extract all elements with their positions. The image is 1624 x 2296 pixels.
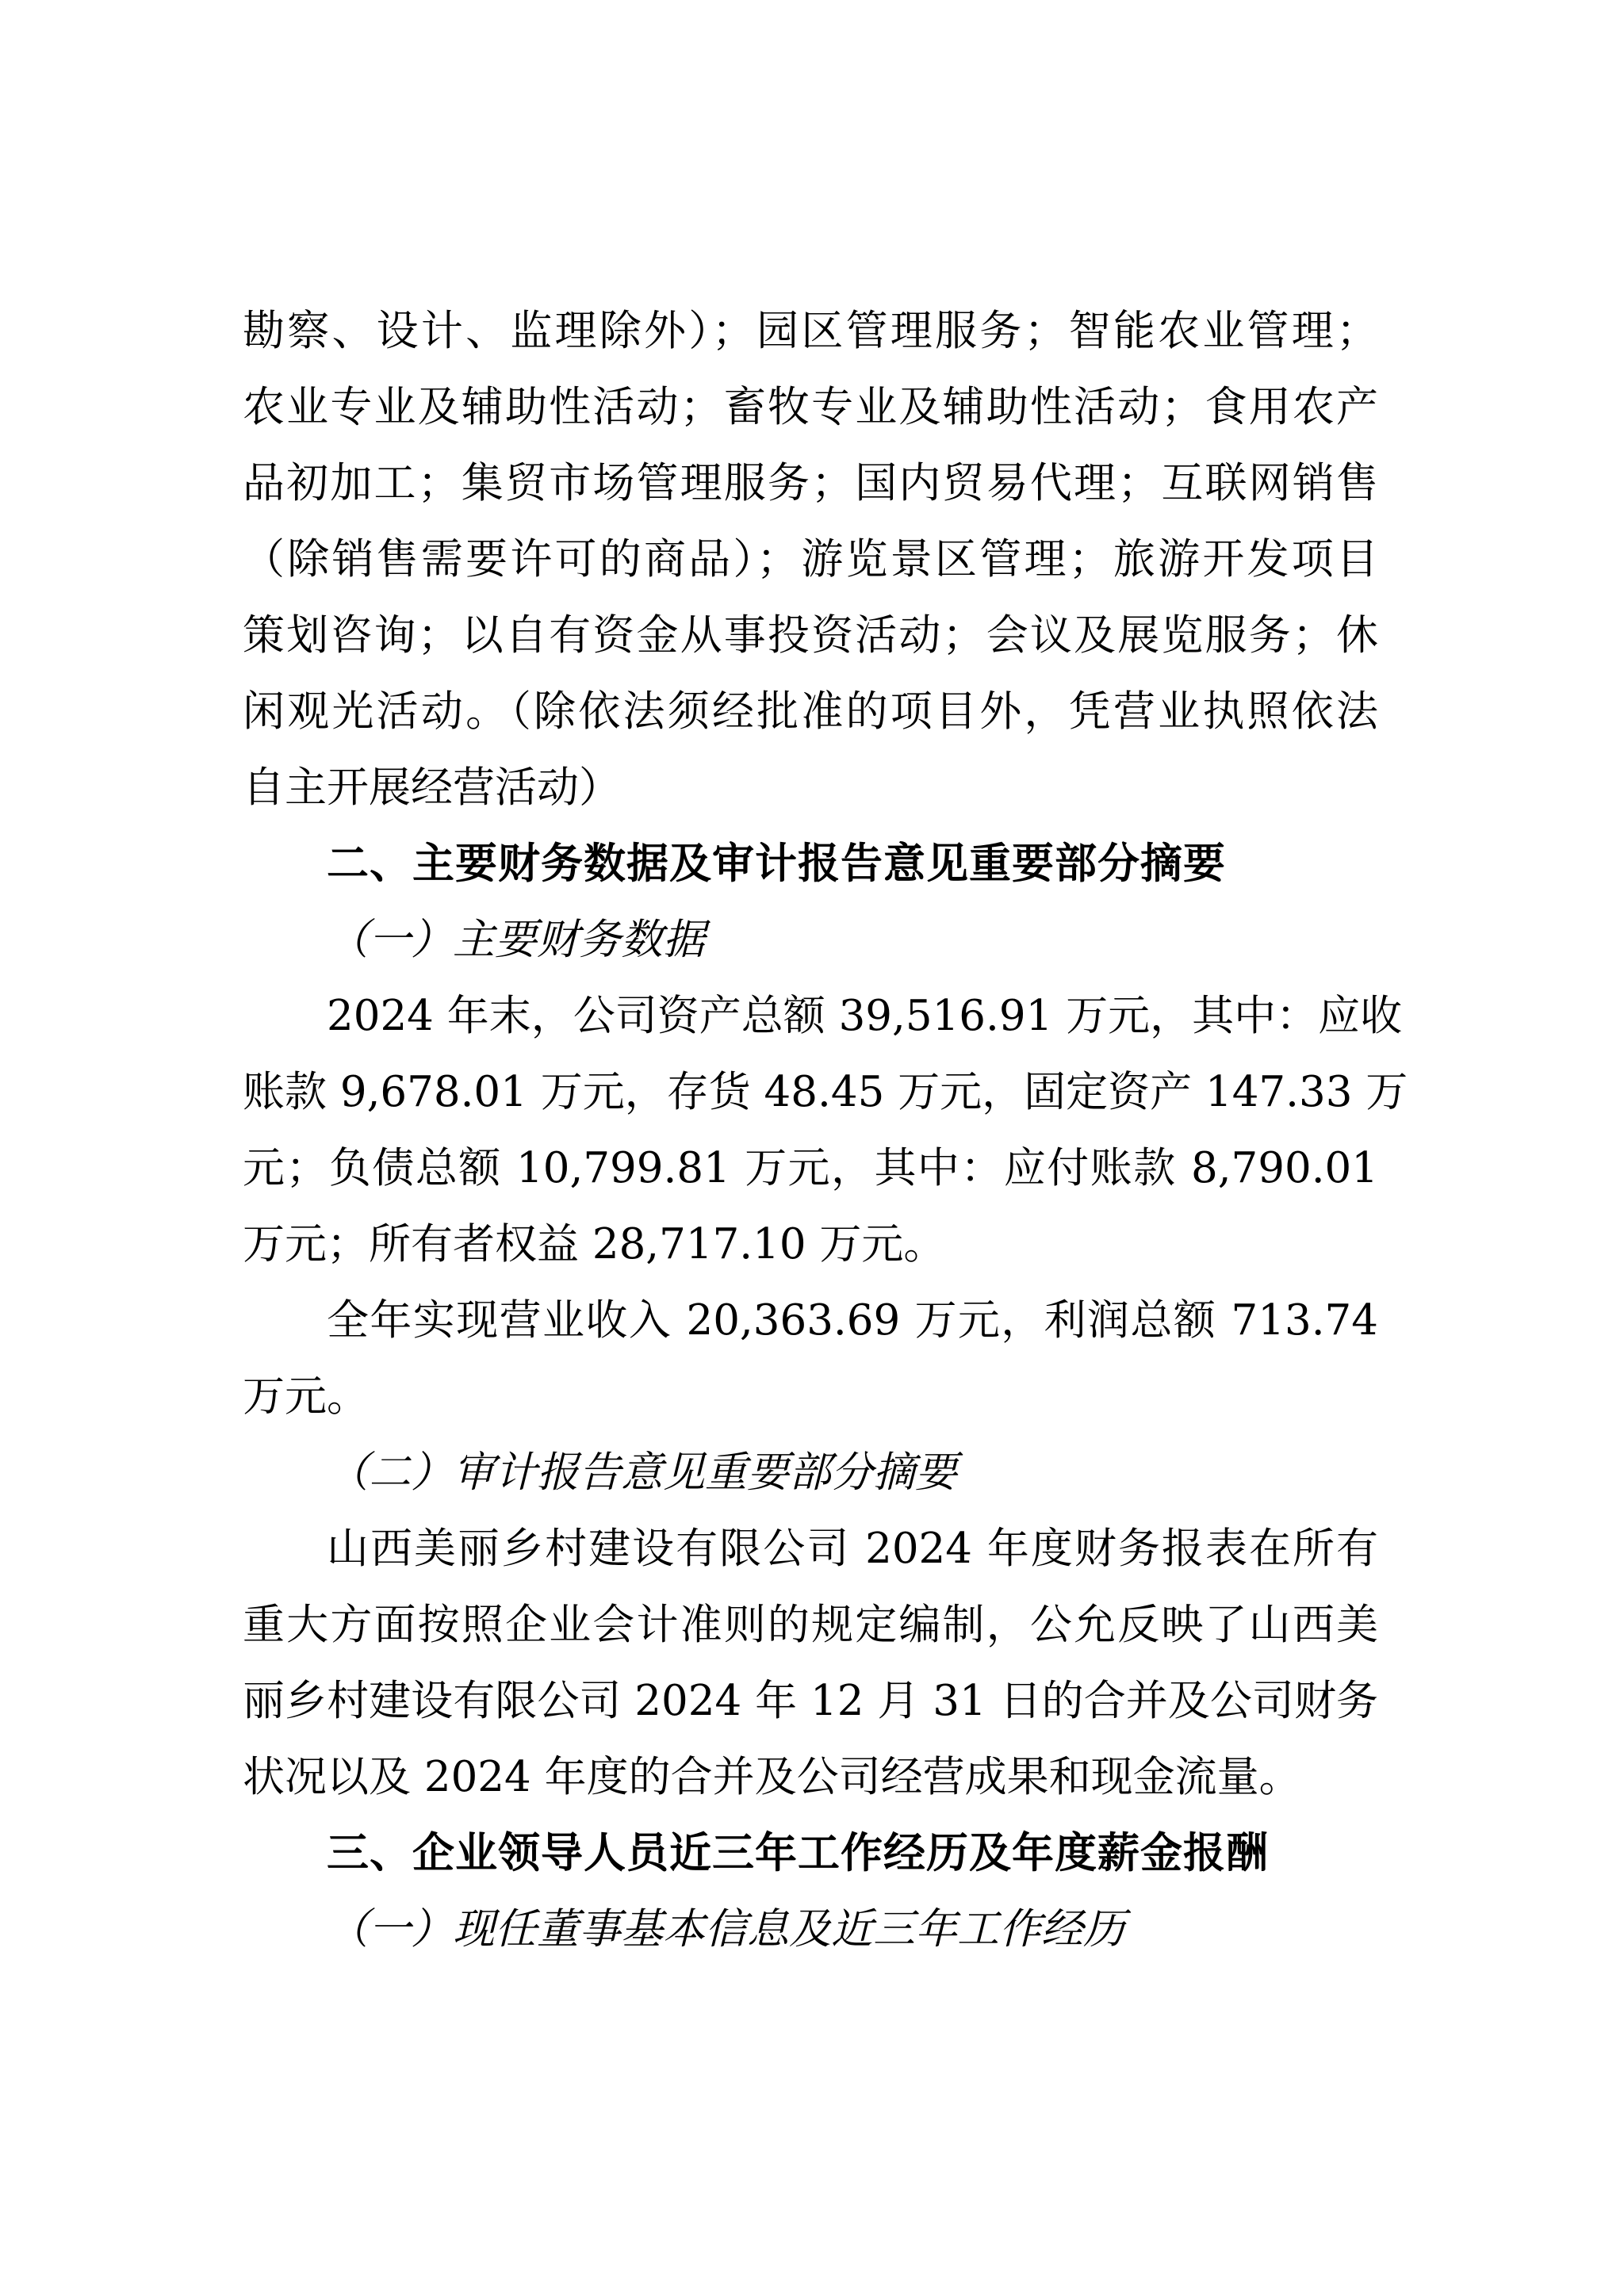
paragraph-business-scope: 勘察、设计、监理除外）；园区管理服务；智能农业管理； 农业专业及辅助性活动；畜牧… [243,293,1378,826]
subsection-3-1: （一）现任董事基本信息及近三年工作经历 [243,1892,1378,1968]
text-line: 账款 9,678.01 万元，存货 48.45 万元，固定资产 147.33 万 [243,1054,1378,1131]
subsection-2-2: （二）审计报告意见重要部分摘要 [243,1435,1378,1511]
subsection-heading: （一）主要财务数据 [243,902,1378,978]
text-line: 元；负债总额 10,799.81 万元，其中：应付账款 8,790.01 [243,1131,1378,1207]
section-2: 二、主要财务数据及审计报告意见重要部分摘要 [243,826,1378,902]
text-line: 勘察、设计、监理除外）；园区管理服务；智能农业管理； [243,293,1378,369]
text-line: 万元。 [243,1359,1378,1435]
document-content: 勘察、设计、监理除外）；园区管理服务；智能农业管理； 农业专业及辅助性活动；畜牧… [243,293,1378,1968]
text-line: （除销售需要许可的商品）；游览景区管理；旅游开发项目 [243,522,1378,598]
subsection-heading: （一）现任董事基本信息及近三年工作经历 [243,1892,1378,1968]
text-line: 状况以及 2024 年度的合并及公司经营成果和现金流量。 [243,1739,1378,1816]
paragraph-financial-data: 2024 年末，公司资产总额 39,516.91 万元，其中：应收 账款 9,6… [243,978,1378,1283]
paragraph-audit-opinion: 山西美丽乡村建设有限公司 2024 年度财务报表在所有 重大方面按照企业会计准则… [243,1511,1378,1816]
text-line: 策划咨询；以自有资金从事投资活动；会议及展览服务；休 [243,598,1378,674]
text-line: 重大方面按照企业会计准则的规定编制，公允反映了山西美 [243,1587,1378,1663]
subsection-heading: （二）审计报告意见重要部分摘要 [243,1435,1378,1511]
section-heading: 三、企业领导人员近三年工作经历及年度薪金报酬 [243,1816,1378,1892]
text-line: 2024 年末，公司资产总额 39,516.91 万元，其中：应收 [243,978,1378,1054]
text-line: 闲观光活动。（除依法须经批准的项目外，凭营业执照依法 [243,674,1378,750]
text-line: 农业专业及辅助性活动；畜牧专业及辅助性活动；食用农产 [243,369,1378,446]
text-line: 品初加工；集贸市场管理服务；国内贸易代理；互联网销售 [243,446,1378,522]
document-page: 勘察、设计、监理除外）；园区管理服务；智能农业管理； 农业专业及辅助性活动；畜牧… [0,0,1624,2296]
text-line: 全年实现营业收入 20,363.69 万元，利润总额 713.74 [243,1283,1378,1359]
paragraph-revenue-profit: 全年实现营业收入 20,363.69 万元，利润总额 713.74 万元。 [243,1283,1378,1435]
section-3: 三、企业领导人员近三年工作经历及年度薪金报酬 [243,1816,1378,1892]
text-line: 万元；所有者权益 28,717.10 万元。 [243,1207,1378,1283]
text-line: 山西美丽乡村建设有限公司 2024 年度财务报表在所有 [243,1511,1378,1587]
subsection-2-1: （一）主要财务数据 [243,902,1378,978]
text-line: 丽乡村建设有限公司 2024 年 12 月 31 日的合并及公司财务 [243,1663,1378,1739]
text-line: 自主开展经营活动） [243,750,1378,826]
section-heading: 二、主要财务数据及审计报告意见重要部分摘要 [243,826,1378,902]
